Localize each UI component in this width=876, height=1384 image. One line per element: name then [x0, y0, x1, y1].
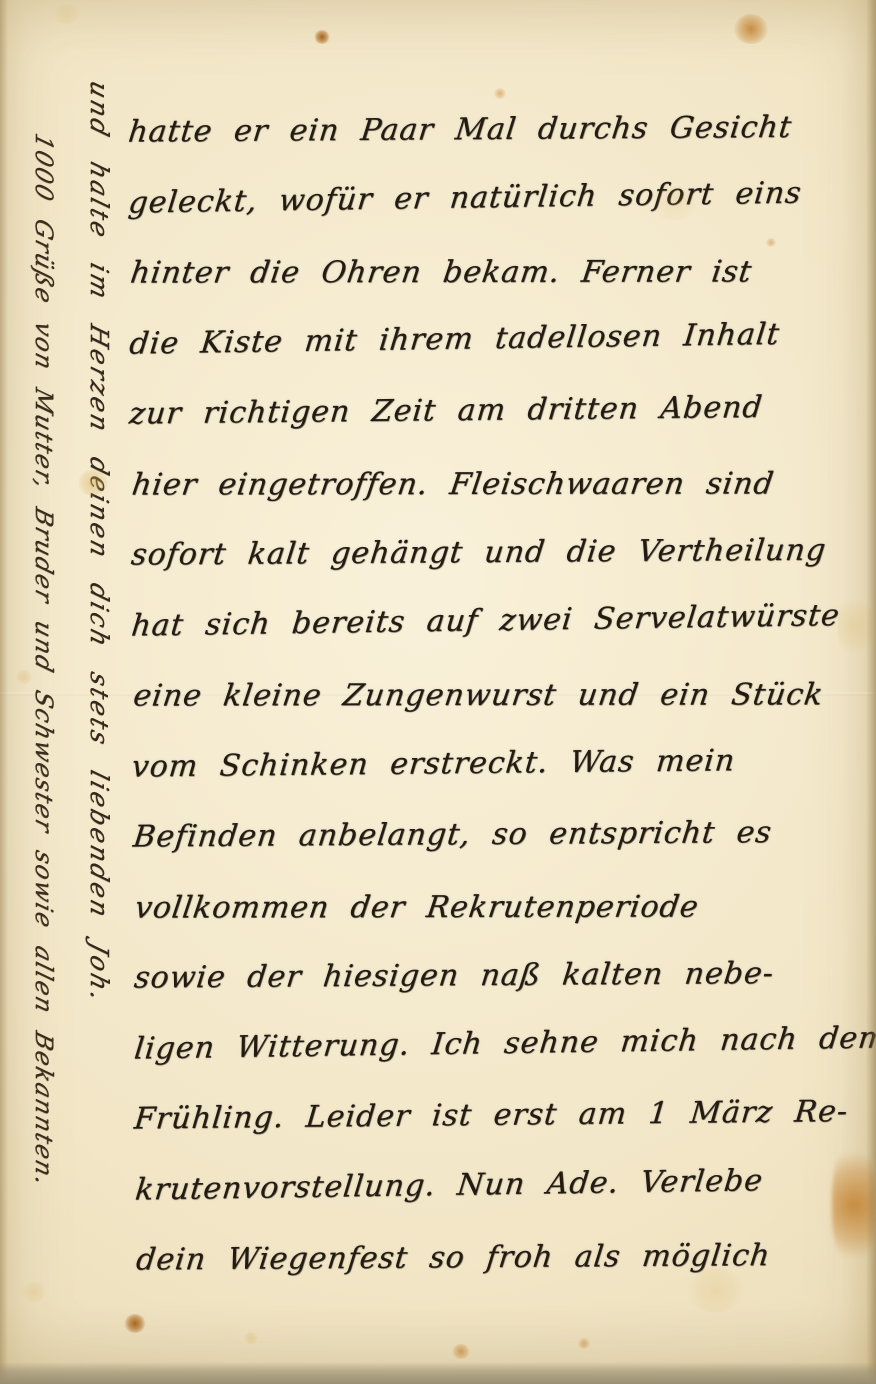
letter-page: hatte er ein Paar Mal durchs Gesicht gel…	[0, 0, 876, 1384]
paper-stain	[244, 1332, 258, 1344]
letter-line: sowie der hiesigen naß kalten nebe-	[128, 955, 876, 1031]
letter-line: hinter die Ohren bekam. Ferner ist	[123, 254, 874, 326]
letter-line: vollkommen der Rekrutenperiode	[128, 889, 876, 961]
margin-annotation-inner: und halte im Herzen deinen dich stets li…	[85, 78, 114, 1008]
letter-line: Befinden anbelangt, so entspricht es	[127, 814, 876, 890]
margin-annotation-outer: 1000 Grüße von Mutter, Bruder und Schwes…	[30, 130, 58, 1191]
letter-line: hatte er ein Paar Mal durchs Gesicht	[122, 109, 872, 185]
paper-stain	[494, 88, 506, 99]
letter-line: die Kiste mit ihrem tadellosen Inhalt	[124, 315, 874, 397]
letter-line: hier eingetroffen. Fleischwaaren sind	[125, 466, 876, 538]
letter-line: ligen Witterung. Ich sehne mich nach dem	[129, 1020, 876, 1102]
letter-line: dein Wiegenfest so froh als möglich	[130, 1237, 876, 1313]
paper-stain	[734, 14, 768, 44]
letter-line: vom Schinken erstreckt. Was mein	[127, 741, 876, 819]
letter-line: eine kleine Zungenwurst und ein Stück	[126, 677, 876, 749]
paper-stain	[578, 1338, 590, 1349]
letter-line: Frühling. Leider ist erst am 1 März Re-	[129, 1094, 876, 1172]
paper-stain	[124, 1314, 146, 1333]
paper-stain	[54, 4, 80, 24]
paper-stain	[314, 30, 330, 44]
bottom-edge-shadow	[0, 1362, 876, 1384]
right-edge-shadow	[866, 0, 876, 1384]
letter-line: geleckt, wofür er natürlich sofort eins	[123, 174, 873, 256]
letter-line: sofort kalt gehängt und die Vertheilung	[125, 532, 875, 608]
letter-body: hatte er ein Paar Mal durchs Gesicht gel…	[122, 109, 872, 1313]
letter-line: zur richtigen Zeit am dritten Abend	[124, 389, 873, 467]
paper-stain	[452, 1344, 470, 1359]
letter-line: krutenvorstellung. Nun Ade. Verlebe	[130, 1161, 876, 1243]
paper-stain	[22, 1282, 46, 1302]
letter-line: hat sich bereits auf zwei Servelatwürste	[126, 597, 876, 679]
left-edge-shadow	[0, 0, 8, 1384]
